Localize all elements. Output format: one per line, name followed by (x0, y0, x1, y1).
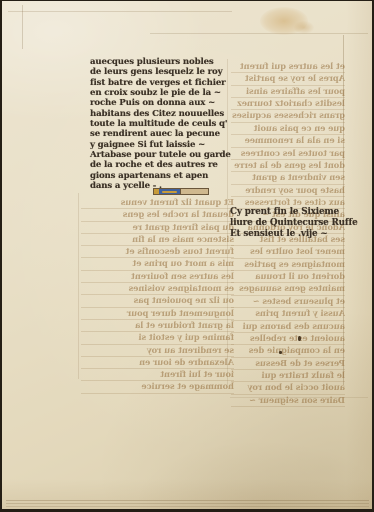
bottom-shade (2, 479, 372, 509)
ghost-text-line: si en ala la renommee (231, 135, 345, 147)
text-line: de leurs gens lesquelz le roy (90, 67, 230, 77)
ghost-text-line: famine qui y estoit si (81, 332, 234, 344)
text-line: y gaignee Si fut laissie ~ (90, 140, 230, 150)
text-line: habitans des Citez nouuelles (90, 109, 230, 119)
ghost-text-line: iour et lui firent (81, 369, 234, 381)
filler-blue-segment (159, 189, 180, 194)
ghost-text-line: le faulx traitre qui (231, 370, 345, 382)
filler-buff-segment (180, 189, 208, 194)
ghost-text-line: hommage et seruice (81, 381, 234, 393)
ghost-text-line: auoient este rebelles (231, 333, 345, 345)
ghost-text-line: la grant froidure et la (81, 320, 234, 332)
parchment-leaf: et les autres qui furentApres le roy se … (2, 1, 372, 509)
ghost-text-line: auoit occis le bon roy (231, 382, 345, 394)
main-text-block: auecques plusieurs noblesde leurs gens l… (90, 57, 230, 191)
text-line: liure de Quintecurse Ruffe (230, 218, 348, 229)
ruling-top-1 (8, 11, 232, 12)
ghost-text-line: mener lost oultre les (231, 246, 345, 258)
ghost-text-line: sen vindrent a grant (231, 172, 345, 184)
text-line: Et sensieut le .vije ~ (230, 229, 348, 240)
text-line: toute la multitude de ceuls q' (90, 119, 230, 129)
manuscript-scan: et les autres qui furentApres le roy se … (0, 0, 374, 512)
ghost-text-line: du pais firent grant re (81, 222, 234, 234)
ghost-text-line: aucuns des barons qui (231, 321, 345, 333)
filler-gold-leaf (162, 191, 177, 193)
text-line: Cy prent fin le Sixieme (230, 207, 348, 218)
stain (294, 21, 314, 34)
ghost-text-line: dont les gens de la terre (231, 160, 345, 172)
ghost-text-line: Et quant ilz furent venus (81, 197, 234, 209)
text-line: gions apartenans et apen (90, 171, 230, 181)
ghost-text-line: deuant la roche les gens (81, 209, 234, 221)
outer-margin-shade (346, 1, 372, 509)
ghost-text-line: es montaignes voisines (81, 283, 234, 295)
text-line: fist batre de verges et fichier (90, 78, 230, 88)
ghost-text-line: et les autres qui furent (231, 61, 345, 73)
ghost-text-line: pour les affaires ainsi (231, 86, 345, 98)
ghost-text-line: et pluseurs bestes ~ (231, 296, 345, 308)
text-line: en croix soubz le pie de la ~ (90, 88, 230, 98)
ghost-text-line: Apres le roy se partist (231, 73, 345, 85)
ghost-text-line: se rendirent au roy (81, 345, 234, 357)
ghost-text-line: montaignes es parties (231, 259, 345, 271)
ghost-text-line: que en ce pais auoit (231, 123, 345, 135)
ghost-text-line: Perses et de Bessus (231, 358, 345, 370)
ink-dot (279, 351, 282, 354)
text-line: de la roche et des autres re (90, 160, 230, 170)
text-line: Artabase pour tutele ou garde (90, 150, 230, 160)
ink-dot (298, 336, 301, 341)
ghost-text-line: longuement durer pour (81, 308, 234, 320)
explicit-paragraph: Cy prent fin le Sixiemeliure de Quintecu… (230, 207, 348, 241)
ruling-top-2 (150, 33, 368, 34)
ghost-text-left-column: Et quant ilz furent venusdeuant la roche… (81, 197, 234, 394)
ghost-text-line: maintes gens sauuages (231, 283, 345, 295)
text-line: se rendirent auec la pecune (90, 129, 230, 139)
text-line: auecques plusieurs nobles (90, 57, 230, 67)
ghost-text-line: mis a mort ou prins et (81, 258, 234, 270)
ghost-text-line: dorient ou il trouua (231, 271, 345, 283)
ruling-text-left (78, 193, 79, 379)
ghost-text-line: les autres sen fouirent (81, 271, 234, 283)
ghost-text-line: grans richesses acquises (231, 110, 345, 122)
ghost-text-line: ou ilz ne pouoient pas (81, 295, 234, 307)
ghost-text-line: lesdits chariotz tournez (231, 98, 345, 110)
ghost-text-line: Alexandre de iour en (81, 357, 234, 369)
ghost-text-line: Daire son seigneur ~ (231, 395, 345, 407)
ghost-text-line: haste pour soy rendre (231, 185, 345, 197)
ghost-text-line: en la compaignie des (231, 345, 345, 357)
text-line: roche Puis on donna aux ~ (90, 98, 230, 108)
ghost-text-line: furent tous desconfis et (81, 246, 234, 258)
ghost-text-line: par toutes les contrees (231, 148, 345, 160)
ghost-text-line: Aussi y furent prins (231, 308, 345, 320)
ghost-text-line: sistence mais en la fin (81, 234, 234, 246)
line-filler-ornament (153, 188, 209, 195)
